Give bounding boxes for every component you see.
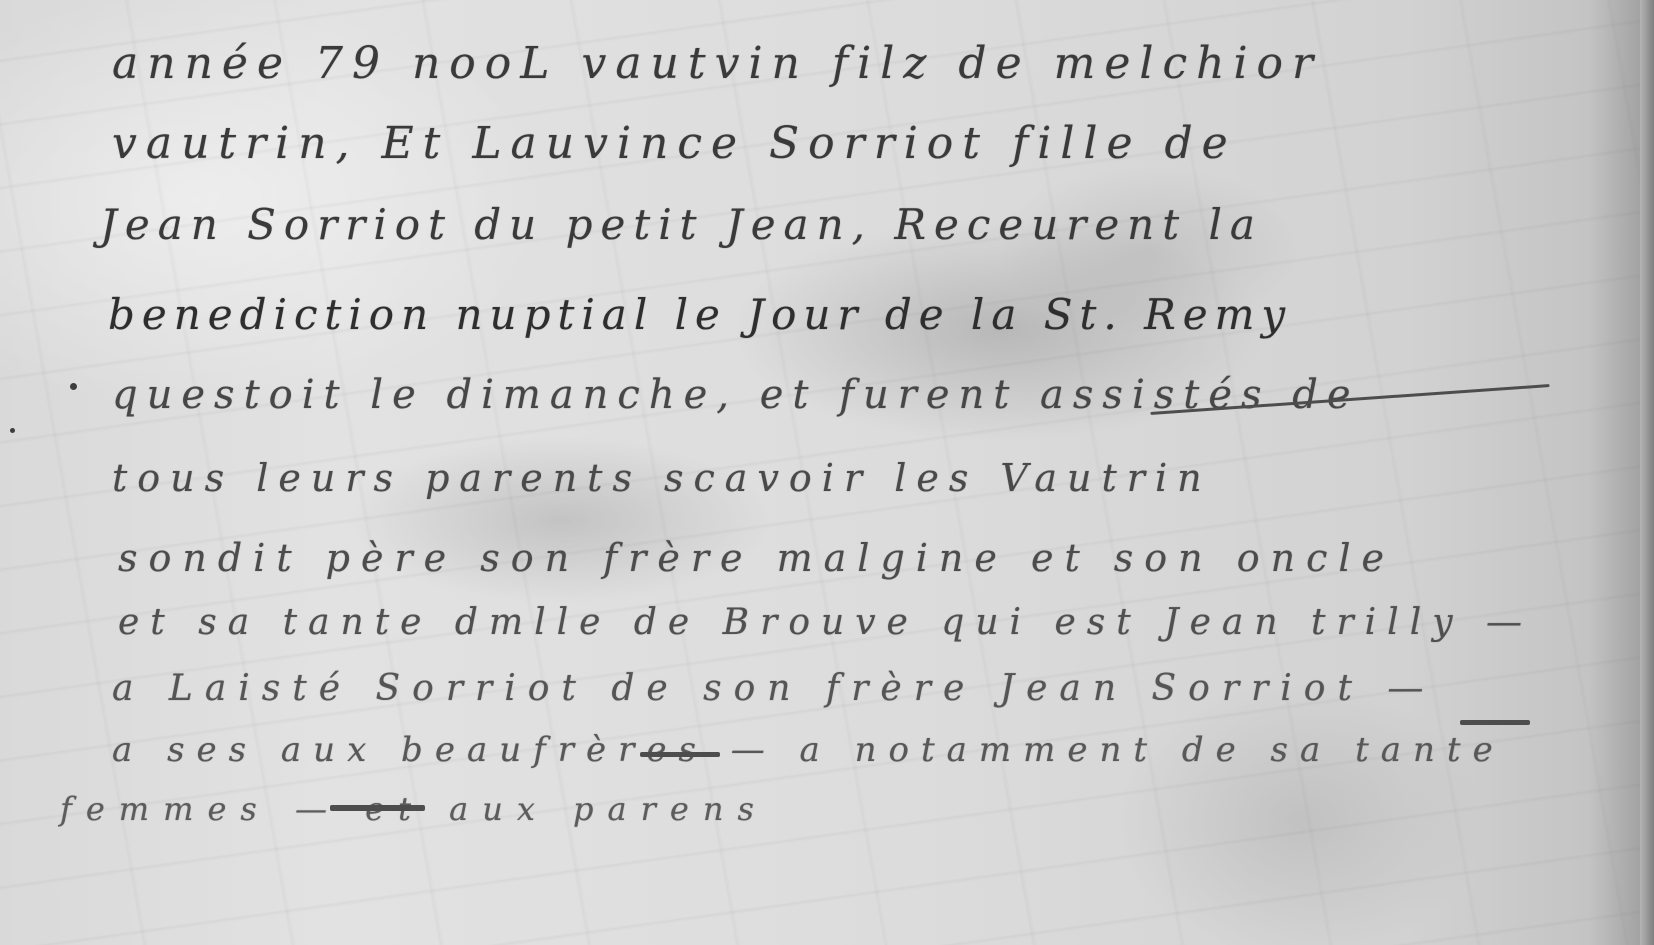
- ink-dot: [70, 383, 77, 390]
- text-line-10: a ses aux beaufrères — a notamment de sa…: [112, 730, 1505, 770]
- ink-dot: [10, 428, 15, 433]
- pen-flourish: [640, 752, 720, 757]
- register-page: année 79 nooL vautvin filz de melchior v…: [0, 0, 1654, 945]
- text-line-1: année 79 nooL vautvin filz de melchior: [112, 38, 1322, 89]
- pen-flourish: [1460, 720, 1530, 725]
- pen-flourish: [330, 805, 425, 811]
- text-line-6: tous leurs parents scavoir les Vautrin: [112, 456, 1212, 500]
- text-line-7: sondit père son frère malgine et son onc…: [118, 536, 1395, 580]
- page-binding-edge: [1640, 0, 1654, 945]
- text-line-9: a Laisté Sorriot de son frère Jean Sorri…: [112, 668, 1435, 709]
- text-line-3: Jean Sorriot du petit Jean, Receurent la: [100, 200, 1263, 249]
- text-line-4: benediction nuptial le Jour de la St. Re…: [108, 290, 1292, 339]
- text-line-2: vautrin, Et Lauvince Sorriot fille de: [112, 118, 1237, 169]
- handwritten-text-block: année 79 nooL vautvin filz de melchior v…: [0, 0, 1654, 945]
- text-line-8: et sa tante dmlle de Brouve qui est Jean…: [118, 602, 1533, 643]
